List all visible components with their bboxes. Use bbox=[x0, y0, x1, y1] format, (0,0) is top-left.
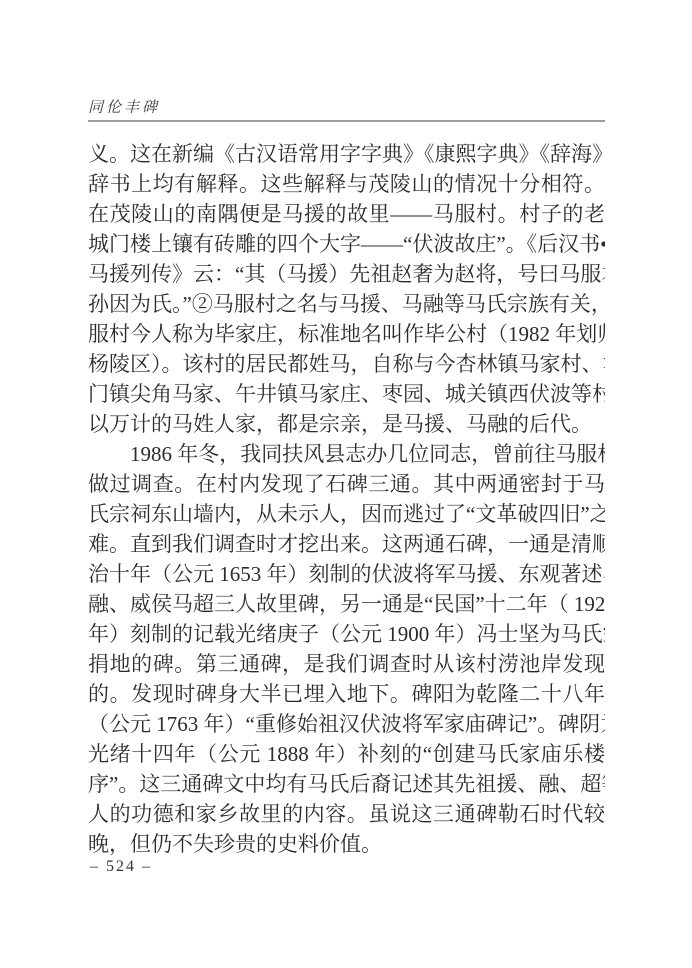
text-line: 难。直到我们调查时才挖出来。这两通石碑，一通是清顺 bbox=[88, 529, 605, 559]
text-line: 融、威侯马超三人故里碑，另一通是“民国”十二年（ 1923 bbox=[88, 589, 605, 619]
text-line: 服村今人称为毕家庄，标准地名叫作毕公村（1982 年划归 bbox=[88, 319, 605, 349]
text-line: 义。这在新编《古汉语常用字字典》《康熙字典》《辞海》等 bbox=[88, 139, 605, 169]
text-line: 捐地的碑。第三通碑，是我们调查时从该村涝池岸发现 bbox=[88, 649, 605, 679]
text-line: 的。发现时碑身大半已埋入地下。碑阳为乾隆二十八年 bbox=[88, 679, 605, 709]
text-line: 治十年（公元 1653 年）刻制的伏波将军马援、东观著述马 bbox=[88, 559, 605, 589]
running-header: 同伦丰碑 bbox=[88, 96, 160, 117]
text-line: 做过调查。在村内发现了石碑三通。其中两通密封于马 bbox=[88, 469, 605, 499]
text-line: 马援列传》云：“其（马援）先祖赵奢为赵将，号曰马服君，子 bbox=[88, 259, 605, 289]
header-rule bbox=[88, 120, 605, 122]
text-line: 晚，但仍不失珍贵的史料价值。 bbox=[88, 829, 605, 859]
text-line: 年）刻制的记载光绪庚子（公元 1900 年）冯士坚为马氏宗祠 bbox=[88, 619, 605, 649]
text-line: 1986 年冬，我同扶风县志办几位同志，曾前往马服村 bbox=[88, 439, 605, 469]
text-line: 以万计的马姓人家，都是宗亲，是马援、马融的后代。 bbox=[88, 409, 605, 439]
text-line: 孙因为氏。”②马服村之名与马援、马融等马氏宗族有关，马 bbox=[88, 289, 605, 319]
text-line: （公元 1763 年）“重修始祖汉伏波将军家庙碑记”。碑阴为 bbox=[88, 709, 605, 739]
text-line: 杨陵区）。该村的居民都姓马，自称与今杏林镇马家村、法 bbox=[88, 349, 605, 379]
text-line: 城门楼上镶有砖雕的四个大字——“伏波故庄”。《后汉书• bbox=[88, 229, 605, 259]
text-line: 辞书上均有解释。这些解释与茂陵山的情况十分相符。 bbox=[88, 169, 605, 199]
text-line: 氏宗祠东山墙内，从未示人，因而逃过了“文革破四旧”之 bbox=[88, 499, 605, 529]
body-text: 义。这在新编《古汉语常用字字典》《康熙字典》《辞海》等辞书上均有解释。这些解释与… bbox=[88, 139, 605, 859]
text-line: 门镇尖角马家、午井镇马家庄、枣园、城关镇西伏波等村数 bbox=[88, 379, 605, 409]
text-line: 光绪十四年（公元 1888 年）补刻的“创建马氏家庙乐楼 bbox=[88, 739, 605, 769]
text-line: 序”。这三通碑文中均有马氏后裔记述其先祖援、融、超等 bbox=[88, 769, 605, 799]
text-line: 在茂陵山的南隅便是马援的故里——马服村。村子的老 bbox=[88, 199, 605, 229]
text-line: 人的功德和家乡故里的内容。虽说这三通碑勒石时代较 bbox=[88, 799, 605, 829]
page-number: – 524 – bbox=[90, 858, 152, 876]
scanned-book-page: 同伦丰碑 义。这在新编《古汉语常用字字典》《康熙字典》《辞海》等辞书上均有解释。… bbox=[0, 0, 692, 968]
